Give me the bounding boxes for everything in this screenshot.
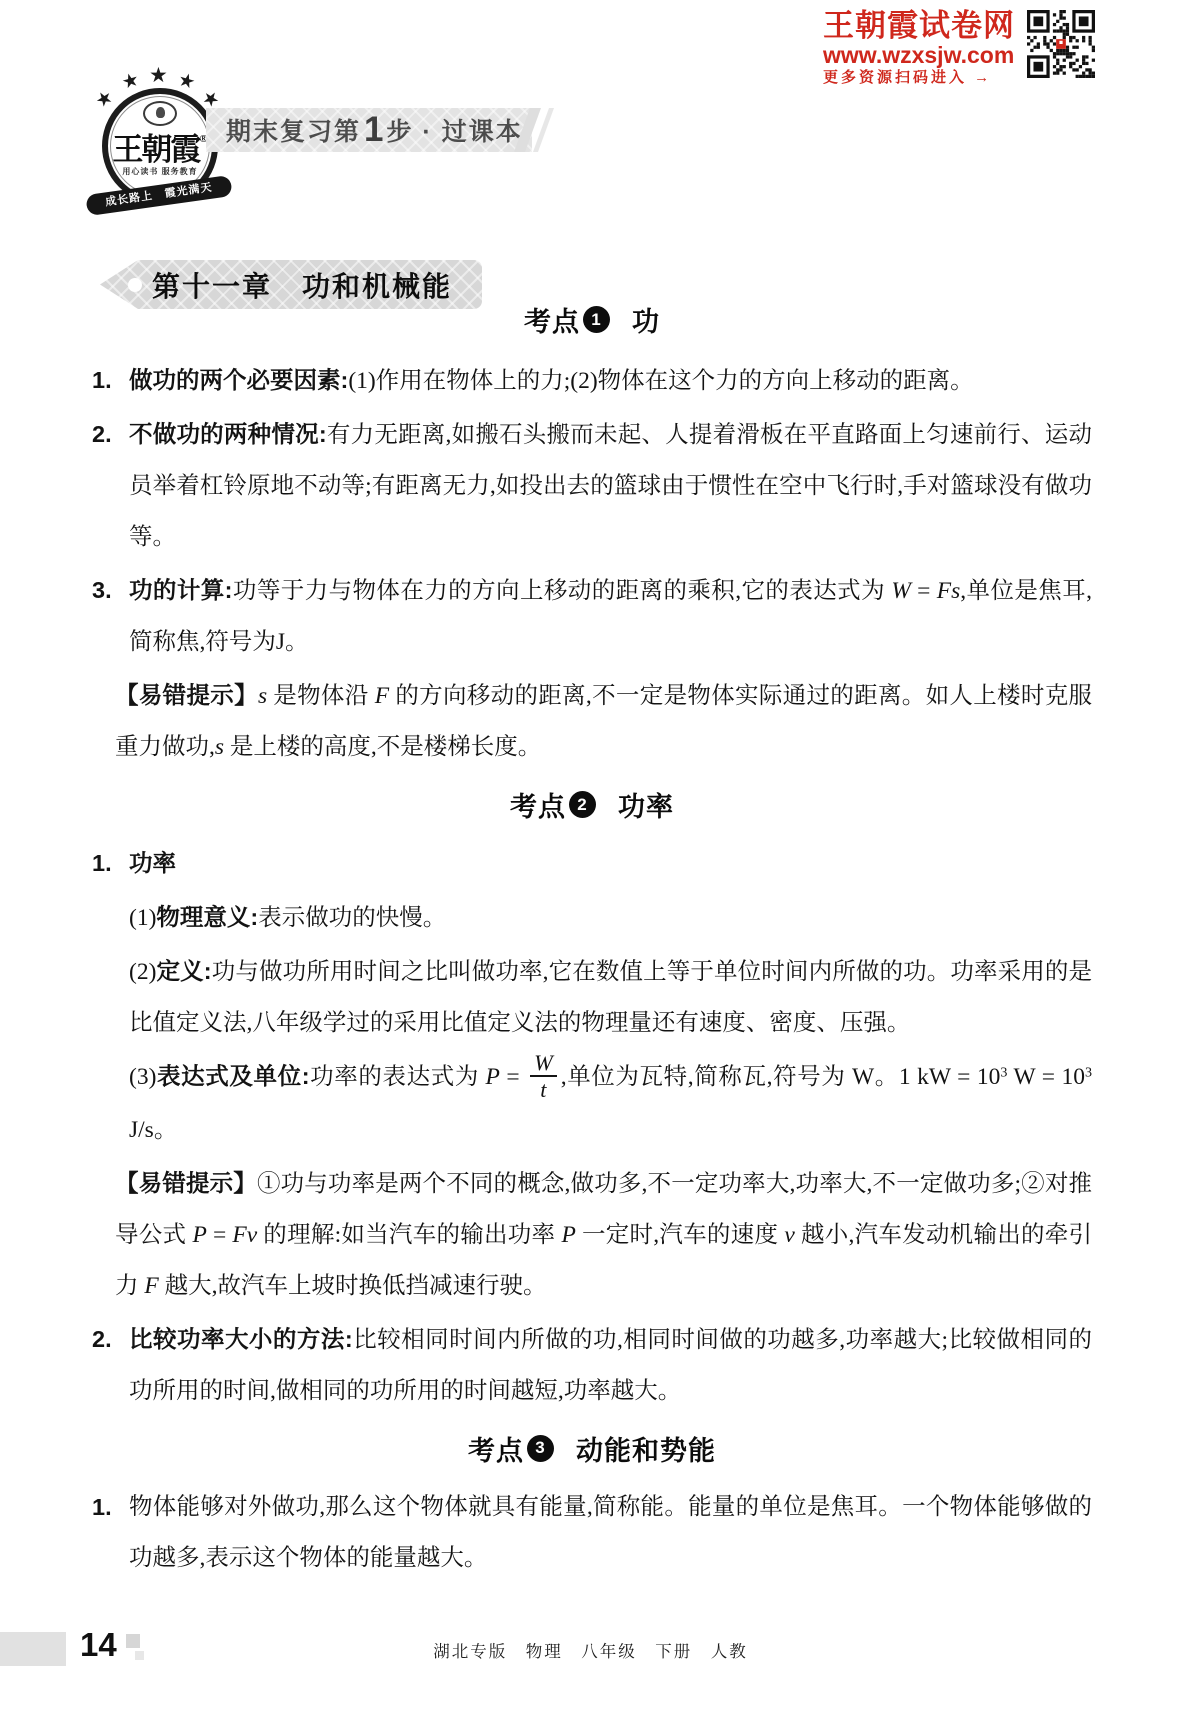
star-icon: ★ bbox=[120, 70, 142, 93]
tag-hole bbox=[128, 278, 142, 292]
section-title: 动能和势能 bbox=[576, 1429, 716, 1468]
logo-motto: 用心读书 服务教育 bbox=[108, 166, 212, 177]
section-heading: 考点1功 bbox=[92, 300, 1092, 339]
logo-name: 王朝霞® bbox=[108, 124, 212, 169]
footer-info: 湖北专版 物理 八年级 下册 人教 bbox=[0, 1638, 1181, 1662]
list-item: 2.比较功率大小的方法:比较相同时间内所做的功,相同时间做的功越多,功率越大;比… bbox=[92, 1314, 1092, 1417]
fraction: Wt bbox=[530, 1050, 557, 1102]
footer: 14 湖北专版 物理 八年级 下册 人教 bbox=[0, 1626, 1181, 1676]
list-item: 1.物体能够对外做功,那么这个物体就具有能量,简称能。能量的单位是焦耳。一个物体… bbox=[92, 1482, 1092, 1584]
section-heading: 考点2功率 bbox=[92, 785, 1092, 824]
list-item: (3)表达式及单位:功率的表达式为 P = Wt,单位为瓦特,简称瓦,符号为 W… bbox=[129, 1051, 1092, 1156]
chapter-title-text: 第十一章 功和机械能 bbox=[152, 265, 452, 305]
section-heading: 考点3动能和势能 bbox=[92, 1429, 1092, 1468]
page-header: 期末复习第1步 · 过课本 bbox=[206, 108, 532, 152]
header-text-post: 步 · 过课本 bbox=[386, 112, 522, 148]
list-item: 1.功率 bbox=[92, 838, 1092, 890]
section-number-badge: 1 bbox=[583, 306, 610, 333]
publisher-logo: ★ ★ ★ ★ ★ 王朝霞® 用心读书 服务教育 成长路上 霞光满天 bbox=[94, 64, 224, 198]
brand-qr-hint: 更多资源扫码进入 → bbox=[823, 68, 1015, 88]
section-label: 考点 bbox=[510, 785, 566, 824]
page: 王朝霞试卷网 www.wzxsjw.com 更多资源扫码进入 → ★ ★ ★ ★… bbox=[0, 0, 1181, 1730]
tip-paragraph: 【易错提示】s 是物体沿 F 的方向移动的距离,不一定是物体实际通过的距离。如人… bbox=[115, 670, 1092, 773]
list-item: 1.做功的两个必要因素:(1)作用在物体上的力;(2)物体在这个力的方向上移动的… bbox=[92, 355, 1092, 407]
section-number-badge: 2 bbox=[569, 791, 596, 818]
header-text-pre: 期末复习第 bbox=[226, 112, 361, 148]
section-title: 功 bbox=[632, 300, 660, 339]
section-label: 考点 bbox=[524, 300, 580, 339]
star-icon: ★ bbox=[149, 65, 168, 86]
list-item: (2)定义:功与做功所用时间之比叫做功率,它在数值上等于单位时间内所做的功。功率… bbox=[129, 946, 1092, 1049]
star-icon: ★ bbox=[176, 70, 198, 93]
list-item: (1)物理意义:表示做功的快慢。 bbox=[129, 892, 1092, 944]
section-label: 考点 bbox=[468, 1429, 524, 1468]
item-marker: 2. bbox=[92, 1314, 112, 1365]
star-icon: ★ bbox=[92, 87, 117, 112]
tip-paragraph: 【易错提示】①功与功率是两个不同的概念,做功多,不一定功率大,功率大,不一定做功… bbox=[115, 1158, 1092, 1312]
list-item: 2.不做功的两种情况:有力无距离,如搬石头搬而未起、人提着滑板在平直路面上匀速前… bbox=[92, 409, 1092, 563]
content-area: 考点1功1.做功的两个必要因素:(1)作用在物体上的力;(2)物体在这个力的方向… bbox=[92, 300, 1092, 1586]
brand-title: 王朝霞试卷网 bbox=[823, 10, 1015, 42]
item-marker: 1. bbox=[92, 1482, 112, 1533]
step-number: 1 bbox=[364, 110, 383, 150]
qr-code-icon bbox=[1027, 10, 1095, 78]
portrait-icon bbox=[143, 101, 177, 126]
item-marker: 1. bbox=[92, 838, 112, 889]
item-marker: 1. bbox=[92, 355, 112, 406]
item-marker: 3. bbox=[92, 565, 112, 616]
brand-text: 王朝霞试卷网 www.wzxsjw.com 更多资源扫码进入 → bbox=[823, 10, 1015, 88]
section-number-badge: 3 bbox=[527, 1435, 554, 1462]
brand-url: www.wzxsjw.com bbox=[823, 42, 1015, 68]
brand-block: 王朝霞试卷网 www.wzxsjw.com 更多资源扫码进入 → bbox=[823, 10, 1095, 88]
list-item: 3.功的计算:功等于力与物体在力的方向上移动的距离的乘积,它的表达式为 W = … bbox=[92, 565, 1092, 668]
item-marker: 2. bbox=[92, 409, 112, 460]
section-title: 功率 bbox=[618, 785, 674, 824]
